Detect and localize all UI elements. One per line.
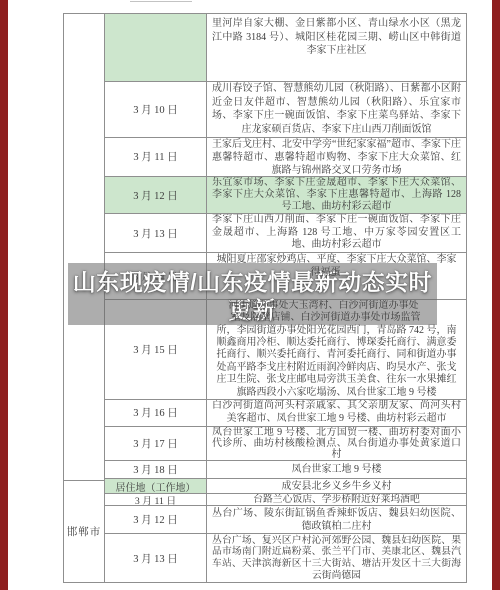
- date-cell: 3 月 18 日: [105, 461, 207, 478]
- table-row: 3 月 10 日 成川春饺子馆、智慧熊幼儿园（秋阳路）、日紫都小区附近金日友伴超…: [105, 82, 466, 138]
- date-cell: 3 月 12 日: [105, 506, 207, 533]
- date-cell: 3 月 12 日: [105, 177, 207, 213]
- table-row-highlighted: 3 月 12 日 乐宜家市场、李家下庄金晟超市、李家下庄大众菜馆、李家下庄大众菜…: [105, 177, 466, 214]
- location-line: 旗路西段小六家吃塌汤、凤台世家工地 9 号楼: [210, 387, 463, 399]
- table-row: 里河岸自家大棚、金日紫都小区、青山绿水小区（黑龙江中路 3184 号）、城阳区桂…: [105, 14, 466, 82]
- table-row: 3 月 16 日 白沙河街道尚河头村亲戚家、其父亲朋友家、尚河头村美客超市、凤台…: [105, 400, 466, 427]
- location-line: 庄卫生院、张戈庄邮电局旁洪玉美食、往东一水果摊红: [210, 374, 463, 386]
- location-cell: 成安县北乡义乡牛乡义村: [207, 479, 466, 493]
- table-row: 3 月 17 日 凤台世家工地 9 号楼、北方国贸一楼、曲坊村委对面小代诊所、曲…: [105, 427, 466, 462]
- location-cell: 成川春饺子馆、智慧熊幼儿园（秋阳路）、日紫都小区附近金日友伴超市、智慧熊幼儿园（…: [207, 82, 466, 137]
- date-cell: 3 月 11 日: [105, 494, 207, 505]
- date-cell: 3 月 10 日: [105, 82, 207, 137]
- city-cell-handan: 邯郸市: [64, 481, 104, 582]
- location-cell: 王家后戈庄村、北安中学旁“世纪家家福”超市、李家下庄惠馨特超市、惠馨特超市购物、…: [207, 138, 466, 177]
- date-cell: 3 月 13 日: [105, 214, 207, 252]
- location-line: 顺鑫商用冷柜、顺达委托商行、博琛委托商行、满意委: [210, 337, 463, 349]
- screenshot-root: { "edge_bars": { "color": "#8e1f1f" }, "…: [0, 0, 500, 590]
- table-row: 3 月 13 日 丛台广场、复兴区户村沁河郊野公园、魏县妇幼医院、果品市场南门附…: [105, 534, 466, 582]
- table-row: 3 月 13 日 李家下庄山西刀削面、李家下庄一碗面饭馆、李家下庄金晟超市、上海…: [105, 214, 466, 253]
- location-line: 托商行、顺兴委托商行、青河委托商行、同和街道办事: [210, 349, 463, 361]
- top-remnant-line: [130, 1, 192, 2]
- date-cell: 3 月 17 日: [105, 427, 207, 461]
- location-line: 城阳夏庄邵家炒鸡店、平度、李家下庄大众菜馆、李家: [212, 254, 461, 267]
- date-cell: 3 月 16 日: [105, 400, 207, 426]
- location-cell: 凤台世家工地 9 号楼: [207, 461, 466, 478]
- location-cell: 丛台广场、复兴区户村沁河郊野公园、魏县妇幼医院、果品市场南门附近扁粉菜、张兰平门…: [207, 534, 466, 582]
- location-line: 室及隔壁店铺、白沙河街道办事处市场监管: [210, 312, 463, 324]
- location-cell: 里河岸自家大棚、金日紫都小区、青山绿水小区（黑龙江中路 3184 号）、城阳区桂…: [207, 14, 466, 81]
- location-cell: 河街道办事处大玉湾村、白沙河街道办事处 室及隔壁店铺、白沙河街道办事处市场监管 …: [207, 300, 466, 399]
- table-row: 3 月 12 日 丛台广场、陵东街缸锅鱼香辣虾饭店、魏县妇幼医院、德政镇柏二庄村: [105, 506, 466, 534]
- date-cell: 3 月 11 日: [105, 138, 207, 177]
- table-row: 3 月 11 日 台路兰心饭店、学步桥附近好莱坞酒吧: [105, 494, 466, 506]
- table-row: 3 月 18 日 凤台世家工地 9 号楼: [105, 461, 466, 479]
- right-edge-bar: [492, 0, 500, 590]
- location-cell: 台路兰心饭店、学步桥附近好莱坞酒吧: [207, 494, 466, 505]
- location-line: 所，李园街道办事处阳光花园西门，青岛路 742 号，南: [210, 325, 463, 337]
- table-row: 居住地（工作地） 成安县北乡义乡牛乡义村: [105, 479, 466, 494]
- location-cell: 凤台世家工地 9 号楼、北方国贸一楼、曲坊村委对面小代诊所、曲坊村核酸检测点、凤…: [207, 427, 466, 461]
- location-line: 处高平路李戈庄村附近雨润冷鲜肉店、昀昊水产、张戈: [210, 362, 463, 374]
- left-edge-bar: [0, 0, 8, 590]
- location-line: 河街道办事处大玉湾村、白沙河街道办事处: [210, 300, 463, 312]
- location-line: 得福蛋: [212, 267, 461, 280]
- city-cell-upper: [64, 14, 104, 481]
- location-cell: 丛台广场、陵东街缸锅鱼香辣虾饭店、魏县妇幼医院、德政镇柏二庄村: [207, 506, 466, 533]
- date-cell: [105, 14, 207, 81]
- table-row: 3 月 11 日 王家后戈庄村、北安中学旁“世纪家家福”超市、李家下庄惠馨特超市…: [105, 138, 466, 178]
- residence-header-cell: 居住地（工作地）: [105, 479, 207, 493]
- location-cell: 李家下庄山西刀削面、李家下庄一碗面饭馆、李家下庄金晟超市、上海路 128 号工地…: [207, 214, 466, 252]
- location-cell: 白沙河街道尚河头村亲戚家、其父亲朋友家、尚河头村美客超市、凤台世家工地 9 号楼…: [207, 400, 466, 426]
- location-cell: 乐宜家市场、李家下庄金晟超市、李家下庄大众菜馆、李家下庄大众菜馆、李家下庄惠馨特…: [207, 177, 466, 213]
- date-cell: 3 月 13 日: [105, 534, 207, 582]
